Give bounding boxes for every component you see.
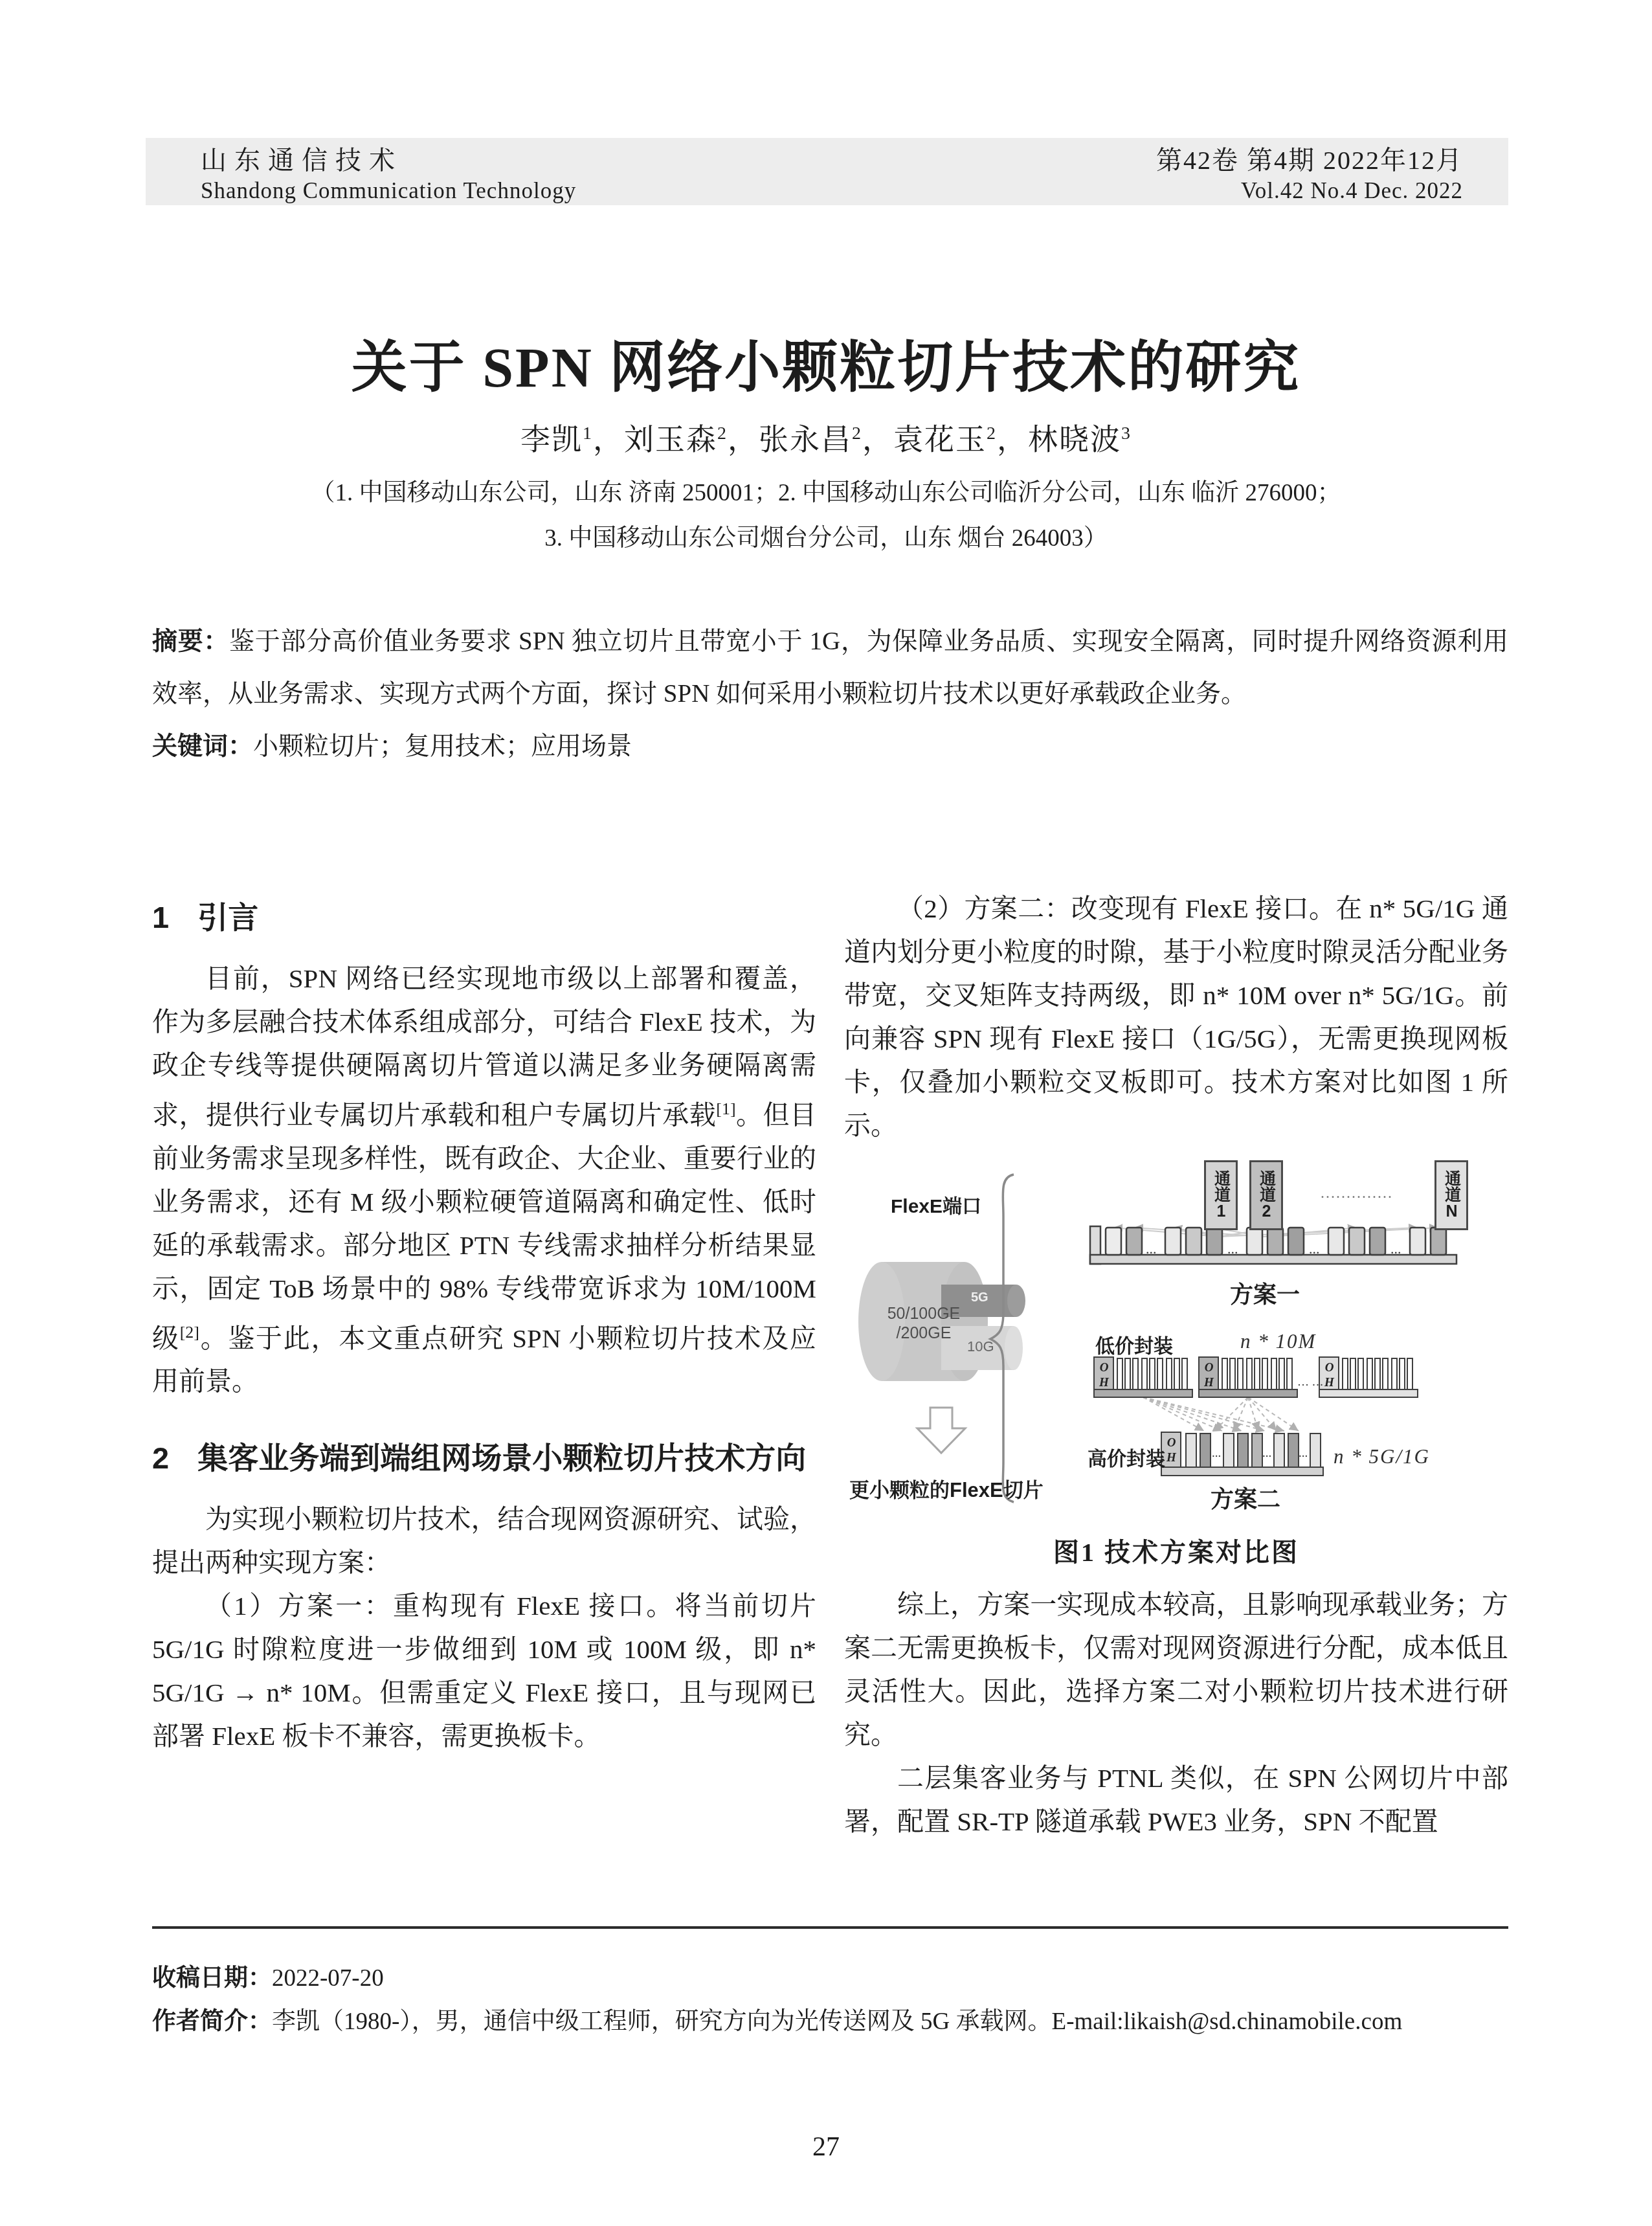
page-number: 27 [0,2131,1652,2163]
author-bio-line: 作者简介：李凯（1980-），男，通信中级工程师，研究方向为光传送网及 5G 承… [152,2000,1508,2043]
comb-gap-dots: ... [1146,1241,1157,1257]
figure-1: FlexE端口 50/100GE /200GE 5G 10G 更小颗粒的Flex… [844,1156,1508,1519]
paragraph-text: 。但目前业务需求呈现多样性，既有政企、大企业、重要行业的业务需求，还有 M 级小… [152,1100,816,1353]
section-1-paragraph: 目前，SPN 网络已经实现地市级以上部署和覆盖，作为多层融合技术体系组成部分，可… [152,957,816,1403]
channel-n-box: 通道N [1434,1160,1468,1230]
author-name: 李凯 [520,423,583,456]
smaller-slice-label: 更小颗粒的FlexE切片 [849,1474,1044,1503]
oh-label: OH [1201,1361,1216,1391]
page-title: 关于 SPN 网络小颗粒切片技术的研究 [0,322,1652,403]
abstract-text: 鉴于部分高价值业务要求 SPN 独立切片且带宽小于 1G，为保障业务品质、实现安… [152,627,1508,708]
paragraph-text: 。鉴于此，本文重点研究 SPN 小颗粒切片技术及应用前景。 [152,1323,816,1396]
channel-ellipsis: .............. [1321,1185,1393,1202]
section-2-paragraph-4: 综上，方案一实现成本较高，且影响现承载业务；方案二无需更换板卡，仅需对现网资源进… [844,1583,1508,1757]
section-1-title: 引言 [197,900,258,934]
citation-ref-1: [1] [716,1099,735,1118]
flexe-port-label: FlexE端口 [891,1190,981,1219]
journal-issue-cn: 第42卷 第4期 2022年12月 [1156,140,1463,177]
journal-name-cn: 山东通信技术 [201,140,576,177]
author-sup: 1 [583,423,593,444]
received-date-label: 收稿日期： [152,1964,272,1991]
section-2-heading: 2集客业务端到端组网场景小颗粒切片技术方向 [152,1430,816,1486]
footnote-divider [152,1926,1508,1929]
journal-name-en: Shandong Communication Technology [201,178,576,204]
author-separator: ， [862,423,893,456]
author-sup: 3 [1121,423,1132,444]
received-date-line: 收稿日期：2022-07-20 [152,1957,1508,2000]
section-2-paragraph-1: 为实现小颗粒切片技术，结合现网资源研究、试验，提出两种实现方案： [152,1498,816,1584]
down-arrow-icon [917,1408,965,1453]
affiliation-line-1: （1. 中国移动山东公司，山东 济南 250001；2. 中国移动山东公司临沂分… [0,473,1652,508]
journal-issue-en: Vol.42 No.4 Dec. 2022 [1156,178,1463,204]
author-separator: ， [997,423,1028,456]
section-2-paragraph-5: 二层集客业务与 PTNL 类似，在 SPN 公网切片中部署，配置 SR-TP 隧… [844,1757,1508,1843]
author-bio-value: 李凯（1980-），男，通信中级工程师，研究方向为光传送网及 5G 承载网。E-… [272,2008,1402,2035]
comb-gap-dots: ... [1309,1241,1320,1257]
scheme1-comb [1090,1226,1457,1264]
author-sup: 2 [852,423,862,444]
received-date-value: 2022-07-20 [272,1965,384,1992]
n5g-label: n * 5G/1G [1334,1445,1430,1468]
section-2-paragraph-2: （1）方案一：重构现有 FlexE 接口。将当前切片 5G/1G 时隙粒度进一步… [152,1584,816,1758]
slot-10g-label: 10G [967,1338,994,1355]
comb-gap-dots: ... [1227,1241,1238,1257]
author-name: 张永昌 [759,423,852,456]
cylinder-label-line2: /200GE [897,1324,952,1342]
section-1-heading: 1引言 [152,890,816,945]
scheme1-caption: 方案一 [1230,1277,1300,1310]
slot-5g-label: 5G [971,1290,988,1305]
abstract-label: 摘要： [152,627,229,655]
citation-ref-2: [2] [180,1323,199,1342]
comb-gap-dots: ... [1212,1446,1221,1461]
section-2-paragraph-3: （2）方案二：改变现有 FlexE 接口。在 n* 5G/1G 通道内划分更小粒… [844,887,1508,1147]
body-columns: 1引言 目前，SPN 网络已经实现地市级以上部署和覆盖，作为多层融合技术体系组成… [152,881,1508,1843]
oh-label: OH [1164,1436,1178,1466]
abstract-paragraph: 摘要：鉴于部分高价值业务要求 SPN 独立切片且带宽小于 1G，为保障业务品质、… [152,615,1508,720]
author-name: 林晓波 [1028,423,1121,456]
scheme2-caption: 方案二 [1211,1481,1280,1514]
author-separator: ， [728,423,759,456]
affiliation-line-2: 3. 中国移动山东公司烟台分公司，山东 烟台 264003） [0,518,1652,553]
abstract-block: 摘要：鉴于部分高价值业务要求 SPN 独立切片且带宽小于 1G，为保障业务品质、… [152,615,1508,772]
journal-issue-block: 第42卷 第4期 2022年12月 Vol.42 No.4 Dec. 2022 [1156,140,1463,204]
left-column: 1引言 目前，SPN 网络已经实现地市级以上部署和覆盖，作为多层融合技术体系组成… [152,881,816,1843]
high-encap-label: 高价封装 [1088,1443,1165,1471]
n10m-label: n * 10M [1240,1330,1316,1353]
channel-1-box: 通道1 [1204,1160,1238,1230]
low-encap-label: 低价封装 [1095,1330,1173,1358]
comb-gap-dots: ... [1390,1241,1401,1257]
footnote-block: 收稿日期：2022-07-20 作者简介：李凯（1980-），男，通信中级工程师… [152,1957,1508,2043]
comb-gap-dots: ... [1262,1446,1271,1461]
section-2-title: 集客业务端到端组网场景小颗粒切片技术方向 [197,1441,806,1475]
keywords-text: 小颗粒切片；复用技术；应用场景 [253,732,632,760]
section-1-number: 1 [152,900,169,934]
section-2-number: 2 [152,1441,169,1475]
keywords-label: 关键词： [152,732,253,760]
cylinder-label-line1: 50/100GE [887,1305,961,1323]
cylinder-label: 50/100GE /200GE [875,1304,972,1343]
author-sup: 2 [717,423,728,444]
scheme2-connector-lines [1143,1397,1299,1431]
author-bio-label: 作者简介： [152,2008,272,2034]
author-sup: 2 [987,423,997,444]
right-column: （2）方案二：改变现有 FlexE 接口。在 n* 5G/1G 通道内划分更小粒… [844,881,1508,1843]
author-separator: ， [593,423,624,456]
author-name: 刘玉森 [624,423,717,456]
authors-line: 李凯1，刘玉森2，张永昌2，袁花玉2，林晓波3 [0,416,1652,458]
author-name: 袁花玉 [893,423,987,456]
journal-header-bar: 山东通信技术 Shandong Communication Technology… [146,138,1508,205]
keywords-line: 关键词：小颗粒切片；复用技术；应用场景 [152,720,1508,772]
oh-label: OH [1097,1361,1111,1391]
channel-2-box: 通道2 [1249,1160,1283,1230]
journal-name-block: 山东通信技术 Shandong Communication Technology [201,140,576,204]
comb-gap-dots: ... [1299,1446,1308,1461]
paper-page: 山东通信技术 Shandong Communication Technology… [0,0,1652,2226]
oh-label: OH [1322,1361,1336,1391]
comb-gap-dots: … … [1297,1375,1324,1389]
figure-1-caption: 图1 技术方案对比图 [844,1532,1508,1569]
